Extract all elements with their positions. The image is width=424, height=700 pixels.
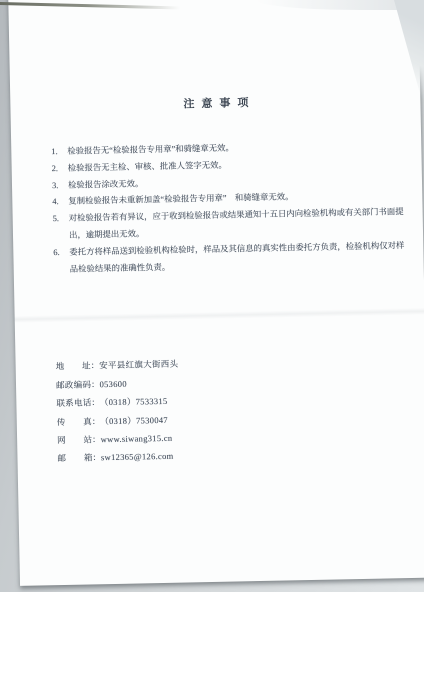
contact-colon: ：: [90, 357, 99, 376]
contact-colon: ：: [91, 393, 100, 412]
contact-label: 传真: [57, 412, 92, 431]
contact-label: 网站: [57, 430, 92, 449]
contact-value: sw12365@126.com: [101, 451, 174, 462]
notice-number: 3.: [52, 177, 68, 194]
page-title: 注意事项: [10, 91, 420, 115]
contact-label: 地址: [55, 357, 90, 376]
contact-value: （0318）7530047: [100, 414, 168, 425]
notice-number: 2.: [52, 161, 68, 178]
document-paper: 注意事项 1. 检验报告无“检验报告专用章”和骑缝章无效。 2. 检验报告无主检…: [8, 0, 424, 586]
contact-value: （0318）7533315: [100, 396, 168, 407]
contact-value: www.siwang315.cn: [101, 433, 173, 444]
contact-section: 地址：安平县红旗大街西头 邮政编码：053600 联系电话：（0318）7533…: [55, 350, 424, 468]
contact-value: 053600: [99, 378, 127, 389]
notice-text: 委托方将样品送到检验机构检验时，样品及其信息的真实性由委托方负责，检验机构仅对样…: [69, 238, 408, 278]
contact-colon: ：: [92, 430, 101, 449]
scanned-page: 注意事项 1. 检验报告无“检验报告专用章”和骑缝章无效。 2. 检验报告无主检…: [0, 0, 424, 592]
notices-list: 1. 检验报告无“检验报告专用章”和骑缝章无效。 2. 检验报告无主检、审核、批…: [51, 137, 410, 278]
notice-number: 4.: [52, 194, 68, 211]
contact-value: 安平县红旗大街西头: [99, 359, 178, 371]
contact-colon: ：: [92, 449, 101, 468]
notice-number: 6.: [53, 245, 70, 279]
notice-item: 6. 委托方将样品送到检验机构检验时，样品及其信息的真实性由委托方负责，检验机构…: [53, 238, 410, 279]
contact-colon: ：: [91, 375, 100, 394]
contact-label: 邮政编码: [56, 375, 91, 394]
contact-label: 邮箱: [57, 449, 92, 468]
contact-colon: ：: [92, 412, 101, 431]
notice-number: 5.: [53, 211, 70, 245]
notice-number: 1.: [51, 144, 67, 161]
contact-label: 联系电话: [56, 394, 91, 413]
paper-crease-artifact: [15, 308, 424, 323]
